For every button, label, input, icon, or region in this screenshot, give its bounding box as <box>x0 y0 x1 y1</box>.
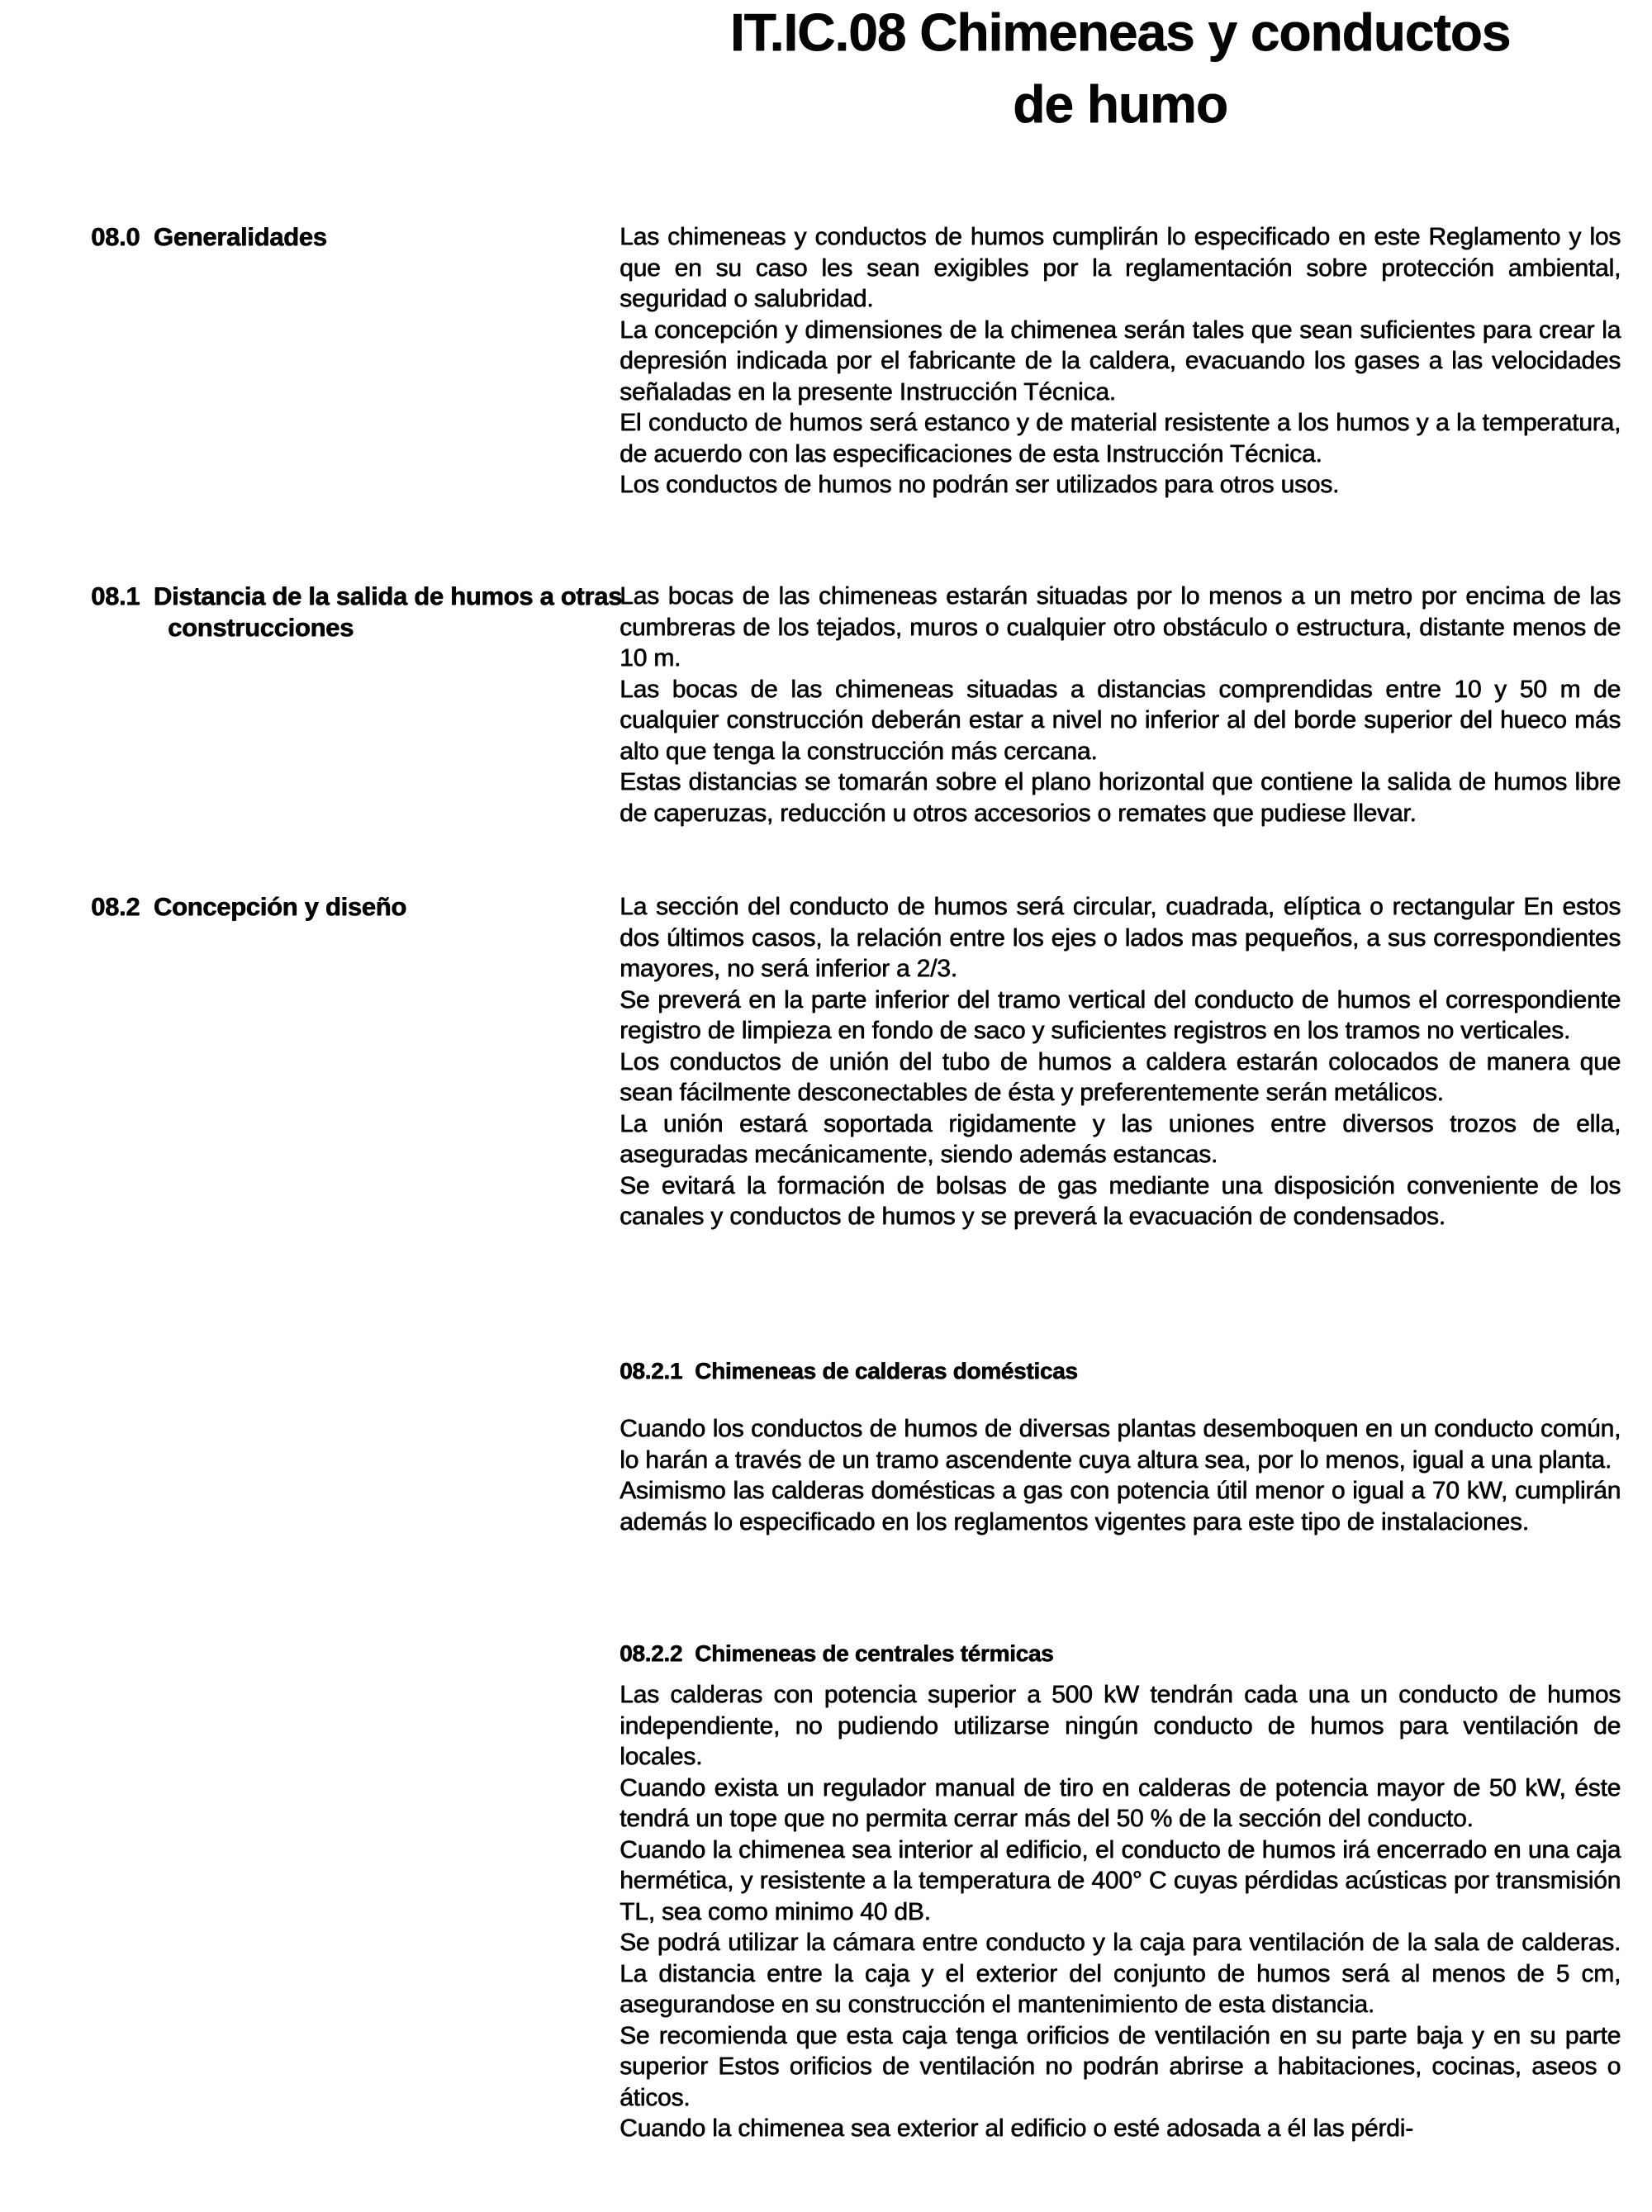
paragraph: Las bocas de las chimeneas estarán situa… <box>619 581 1621 674</box>
paragraph: Se evitará la formación de bolsas de gas… <box>619 1170 1621 1232</box>
section-08-1-body: Las bocas de las chimeneas estarán situa… <box>619 581 1621 828</box>
paragraph: Estas distancias se tomarán sobre el pla… <box>619 767 1621 828</box>
subsection-08-2-1-body: Cuando los conductos de humos de diversa… <box>619 1413 1621 1537</box>
section-heading-text: Concepción y diseño <box>154 892 406 921</box>
paragraph: La concepción y dimensiones de la chimen… <box>619 315 1621 408</box>
subsection-heading-text: Chimeneas de centrales térmicas <box>695 1640 1053 1666</box>
document-title-line1: IT.IC.08 Chimeneas y conductos <box>730 2 1511 62</box>
paragraph: El conducto de humos será estanco y de m… <box>619 407 1621 469</box>
subsection-number: 08.2.2 <box>619 1640 695 1666</box>
section-number: 08.0 <box>91 222 154 251</box>
subsection-number: 08.2.1 <box>619 1358 695 1384</box>
section-heading-text: Generalidades <box>154 222 327 251</box>
subsection-08-2-2-body: Las calderas con potencia superior a 500… <box>619 1679 1621 2144</box>
section-heading-text: Distancia de la salida de humos a otras … <box>154 581 622 642</box>
section-number: 08.1 <box>91 581 154 610</box>
paragraph: La sección del conducto de humos será ci… <box>619 891 1621 985</box>
paragraph: Se recomienda que esta caja tenga orific… <box>619 2020 1621 2114</box>
paragraph: Cuando la chimenea sea exterior al edifi… <box>619 2113 1621 2144</box>
section-08-1-heading: 08.1Distancia de la salida de humos a ot… <box>91 581 663 643</box>
subsection-heading-text: Chimeneas de calderas domésticas <box>695 1358 1078 1384</box>
paragraph: Se podrá utilizar la cámara entre conduc… <box>619 1927 1621 2020</box>
paragraph: La unión estará soportada rigidamente y … <box>619 1108 1621 1170</box>
paragraph: Las chimeneas y conductos de humos cumpl… <box>619 221 1621 315</box>
paragraph: Cuando los conductos de humos de diversa… <box>619 1413 1621 1475</box>
paragraph: Las calderas con potencia superior a 500… <box>619 1679 1621 1773</box>
document-title: IT.IC.08 Chimeneas y conductos de humo <box>619 0 1621 140</box>
section-08-2-body: La sección del conducto de humos será ci… <box>619 891 1621 1232</box>
section-08-0-body: Las chimeneas y conductos de humos cumpl… <box>619 221 1621 501</box>
paragraph: Los conductos de unión del tubo de humos… <box>619 1047 1621 1108</box>
section-number: 08.2 <box>91 892 154 921</box>
document-title-line2: de humo <box>1013 74 1227 134</box>
subsection-08-2-1-heading: 08.2.1Chimeneas de calderas domésticas <box>619 1355 1621 1387</box>
paragraph: Cuando la chimenea sea interior al edifi… <box>619 1835 1621 1928</box>
subsection-08-2-2-heading: 08.2.2Chimeneas de centrales térmicas <box>619 1638 1621 1669</box>
paragraph: Asimismo las calderas domésticas a gas c… <box>619 1475 1621 1537</box>
paragraph: Los conductos de humos no podrán ser uti… <box>619 469 1621 501</box>
scanned-document-page: IT.IC.08 Chimeneas y conductos de humo 0… <box>0 0 1652 2212</box>
paragraph: Las bocas de las chimeneas situadas a di… <box>619 674 1621 767</box>
section-08-2-heading: 08.2Concepción y diseño <box>91 891 663 923</box>
paragraph: Cuando exista un regulador manual de tir… <box>619 1773 1621 1835</box>
section-08-0-heading: 08.0Generalidades <box>91 221 663 253</box>
paragraph: Se preverá en la parte inferior del tram… <box>619 985 1621 1047</box>
